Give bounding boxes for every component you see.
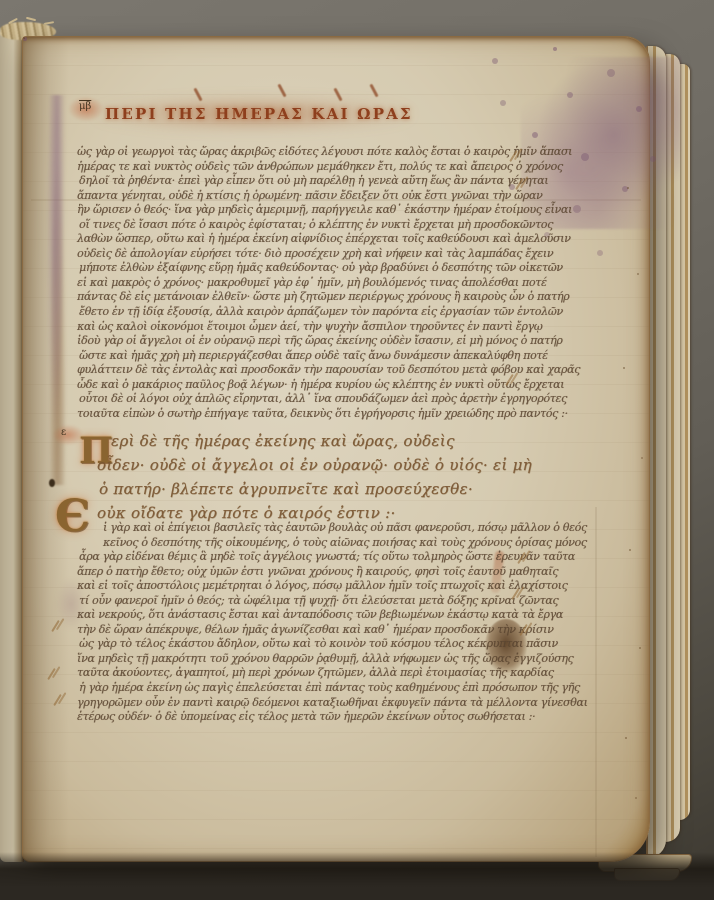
text-line: καὶ νεκρούς, ὅτι ἀνάστασις ἔσται καὶ ἀντ… [77, 608, 517, 623]
text-line: καὶ ὡς καλοὶ οἰκονόμοι ἕτοιμοι ὦμεν ἀεί,… [77, 320, 517, 335]
text-line: τοιαῦτα εἰπὼν ὁ σωτὴρ ἐπήγαγε ταῦτα, δει… [77, 407, 517, 422]
text-line: λαθὼν ὥσπερ, οὕτω καὶ ἡ ἡμέρα ἐκείνη αἰφ… [77, 232, 517, 247]
text-line: ἅπερ ὁ πατὴρ ἔθετο; οὐχ ὑμῶν ἐστι γνῶναι… [77, 565, 517, 580]
lemma-block: ερὶ δὲ τῆς ἡμέρας ἐκείνης καὶ ὥρας, οὐδε… [97, 429, 517, 525]
text-line: ἡμέρας τε καὶ νυκτὸς οὐδεὶς τῶν ἀνθρώπων… [77, 160, 517, 175]
headband-thread [44, 21, 54, 25]
gutter-ink-spot [49, 479, 55, 487]
text-line: ὧδε καὶ ὁ μακάριος παῦλος βοᾷ λέγων· ἡ ἡ… [77, 378, 517, 393]
text-line: δηλοῖ τὰ ῥηθέντα· ἐπεὶ γὰρ εἶπεν ὅτι οὐ … [79, 174, 517, 189]
text-line: ἣν ὥρισεν ὁ θεός· ἵνα γὰρ μηδεὶς ἀμεριμν… [77, 203, 517, 218]
lemma-marginal-sign: ε [61, 427, 66, 438]
wormholes [23, 37, 25, 39]
lower-text-block: ἰ γὰρ καὶ οἱ ἐπίγειοι βασιλεῖς τὰς ἑαυτῶ… [77, 521, 517, 725]
vertical-crease [595, 507, 597, 857]
text-line: ἰδοὺ γὰρ οἱ ἄγγελοι οἱ ἐν οὐρανῷ περὶ τῆ… [77, 334, 517, 349]
text-line: πάντας δὲ εἰς μετάνοιαν ἐλθεῖν· ὥστε μὴ … [77, 290, 517, 305]
text-line: τί οὖν φανεροῖ ἡμῖν ὁ θεός; τὰ ὠφέλιμα τ… [79, 594, 517, 609]
text-line: κεῖνος ὁ δεσπότης τῆς οἰκουμένης, ὁ τοὺς… [77, 536, 517, 551]
quire-mark: μβ [79, 101, 91, 112]
text-line: μήποτε ἐλθὼν ἐξαίφνης εὕρῃ ἡμᾶς καθεύδον… [79, 261, 517, 276]
text-line: ἡ γὰρ ἡμέρα ἐκείνη ὡς παγὶς ἐπελεύσεται … [79, 681, 517, 696]
manuscript-photo: μβ ΠΕΡΙ ΤΗΣ ΗΜΕΡΑΣ ΚΑΙ ΩΡΑΣ ὡς γὰρ οἱ γε… [0, 0, 714, 900]
lemma-line: οἶδεν· οὐδὲ οἱ ἄγγελοι οἱ ἐν οὐρανῷ· οὐδ… [97, 453, 518, 477]
text-line: οὗτοι δὲ οἱ λόγοι οὐχ ἁπλῶς εἴρηνται, ἀλ… [79, 392, 517, 407]
text-line: εἰ καὶ μακρὸς ὁ χρόνος· μακροθυμεῖ γὰρ ἐ… [77, 276, 517, 291]
text-line: ἰ γὰρ καὶ οἱ ἐπίγειοι βασιλεῖς τὰς ἑαυτῶ… [77, 521, 517, 536]
text-line: γρηγορῶμεν οὖν ἐν παντὶ καιρῷ δεόμενοι κ… [77, 696, 517, 711]
lemma-line: ὁ πατήρ· βλέπετε ἀγρυπνεῖτε καὶ προσεύχε… [99, 477, 517, 501]
text-line: ἑτέρως οὐδέν· ὁ δὲ ὑπομείνας εἰς τέλος μ… [77, 710, 517, 725]
text-line: ἔθετο ἐν τῇ ἰδίᾳ ἐξουσίᾳ, ἀλλὰ καιρὸν ἁρ… [79, 305, 517, 320]
manuscript-page: μβ ΠΕΡΙ ΤΗΣ ΗΜΕΡΑΣ ΚΑΙ ΩΡΑΣ ὡς γὰρ οἱ γε… [22, 36, 650, 862]
previous-page-edge [0, 30, 24, 862]
text-line: καὶ εἰ τοῖς ἀποστόλοις μεμέτρηται ὁ λόγο… [77, 579, 517, 594]
headband-thread [26, 17, 36, 21]
text-line: οἵ τινες δὲ ἴσασι πότε ὁ καιρὸς ἐφίστατα… [79, 218, 517, 233]
text-line: ἅπαντα γένηται, οὐδὲ ἡ κτίσις ἡ ὁρωμένη·… [77, 189, 517, 204]
text-line: ὡς γὰρ οἱ γεωργοὶ τὰς ὥρας ἀκριβῶς εἰδότ… [77, 145, 517, 160]
text-line: ὥστε καὶ ἡμᾶς χρὴ μὴ περιεργάζεσθαι ἅπερ… [79, 349, 517, 364]
page-bottom-shadow [0, 852, 714, 900]
text-line: φυλάττειν δὲ τὰς ἐντολὰς καὶ προσδοκᾶν τ… [77, 363, 517, 378]
rubric-title: ΠΕΡΙ ΤΗΣ ΗΜΕΡΑΣ ΚΑΙ ΩΡΑΣ [105, 105, 413, 123]
text-line: οὐδεὶς δὲ ἀπολογίαν εὑρήσει τότε· διὸ πρ… [77, 247, 517, 262]
upper-text-block: ὡς γὰρ οἱ γεωργοὶ τὰς ὥρας ἀκριβῶς εἰδότ… [77, 145, 517, 421]
text-line: ἵνα μηδεὶς τῇ μακρότητι τοῦ χρόνου θαρρῶ… [77, 652, 517, 667]
text-line: ὡς γὰρ τὸ τέλος ἑκάστου ἄδηλον, οὕτω καὶ… [79, 637, 517, 652]
text-line: ἆρα γὰρ εἰδέναι θέμις ἃ μηδὲ τοῖς ἀγγέλο… [79, 550, 517, 565]
text-line: τὴν δὲ ὥραν ἀπέκρυψε, θέλων ἡμᾶς ἀγωνίζε… [77, 623, 517, 638]
lemma-line: ερὶ δὲ τῆς ἡμέρας ἐκείνης καὶ ὥρας, οὐδε… [97, 429, 517, 453]
text-line: ταῦτα ἀκούοντες, ἀγαπητοί, μὴ περὶ χρόνω… [77, 666, 517, 681]
